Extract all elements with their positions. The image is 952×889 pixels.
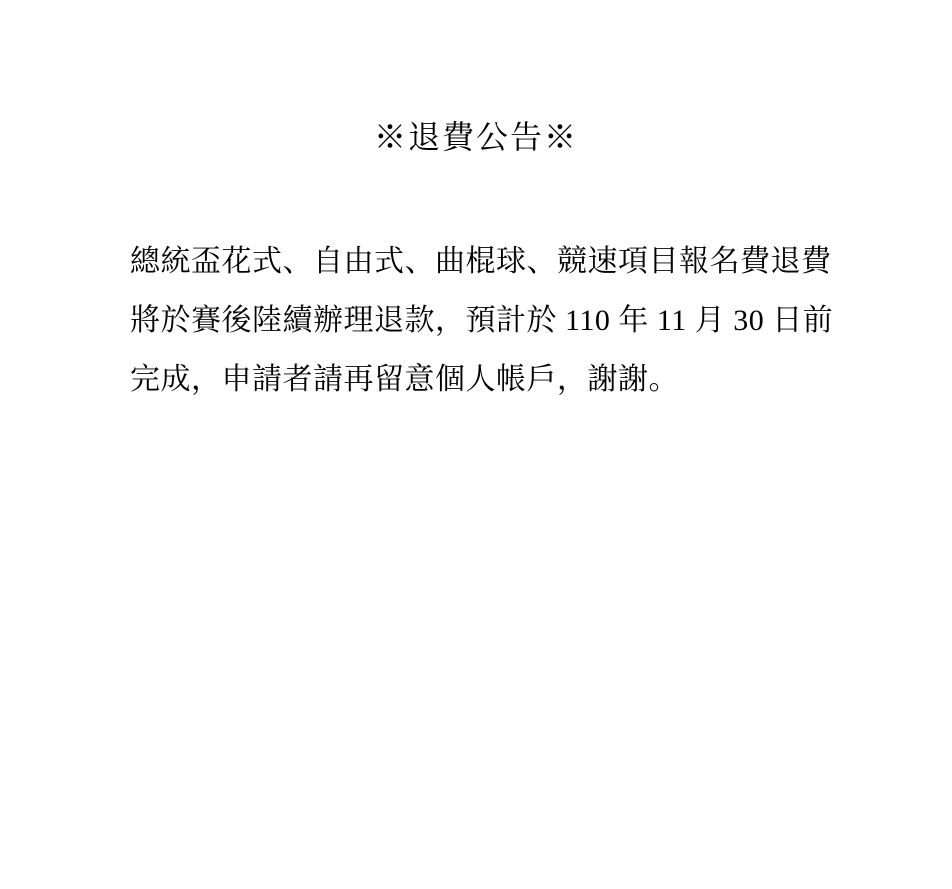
announcement-paragraph: 總統盃花式、自由式、曲棍球、競速項目報名費退費 將於賽後陸續辦理退款，預計於 1… [130, 232, 830, 409]
paragraph-line-2: 將於賽後陸續辦理退款，預計於 110 年 11 月 30 日前 [130, 291, 830, 350]
paragraph-line-1: 總統盃花式、自由式、曲棍球、競速項目報名費退費 [130, 232, 830, 291]
announcement-document-page: ※退費公告※ 總統盃花式、自由式、曲棍球、競速項目報名費退費 將於賽後陸續辦理退… [0, 0, 952, 889]
paragraph-line-3: 完成，申請者請再留意個人帳戶，謝謝。 [130, 350, 830, 409]
announcement-title: ※退費公告※ [0, 116, 952, 158]
